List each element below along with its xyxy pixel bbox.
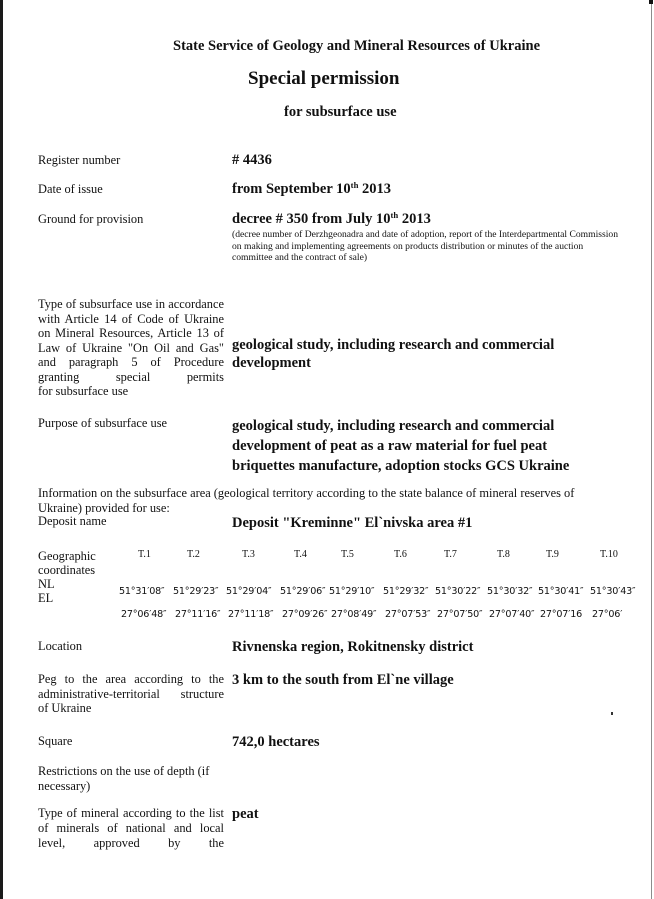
coordinate-point-header: T.2	[187, 549, 200, 560]
label-line: of Ukraine	[38, 701, 224, 716]
label-line: coordinates	[38, 563, 96, 577]
coordinate-el: 27°11′16″	[175, 609, 220, 620]
document-subtitle: for subsurface use	[284, 104, 397, 121]
value-line: development of peat as a raw material fo…	[232, 436, 569, 456]
value-line: geological study, including research and…	[232, 336, 554, 354]
purpose-value: geological study, including research and…	[232, 416, 569, 476]
coordinate-nl: 51°30′32″	[487, 586, 532, 597]
purpose-label: Purpose of subsurface use	[38, 416, 167, 431]
area-info: Information on the subsurface area (geol…	[38, 486, 618, 515]
deposit-name-label: Deposit name	[38, 514, 106, 529]
value-line: development	[232, 354, 554, 372]
coordinate-nl: 51°29′32″	[383, 586, 428, 597]
location-label: Location	[38, 639, 82, 654]
label-line: EL	[38, 591, 96, 605]
coordinate-nl: 51°29′06″	[280, 586, 325, 597]
label-line: Type of subsurface use in	[38, 297, 165, 311]
coordinate-el: 27°07′40″	[489, 609, 534, 620]
coordinate-point-header: T.1	[138, 549, 151, 560]
date-year: 2013	[358, 181, 391, 197]
coordinate-point-header: T.8	[497, 549, 510, 560]
coordinates-label: Geographic coordinates NL EL	[38, 549, 96, 605]
coordinate-el: 27°06′	[592, 609, 622, 620]
coordinate-point-header: T.3	[242, 549, 255, 560]
label-line: Type of mineral according to the	[38, 806, 205, 820]
label-line: necessary)	[38, 779, 209, 794]
label-line: NL	[38, 577, 96, 591]
coordinate-nl: 51°30′22″	[435, 586, 480, 597]
label-line: for subsurface use	[38, 384, 224, 399]
square-label: Square	[38, 734, 72, 749]
coordinate-nl: 51°31′08″	[119, 586, 164, 597]
date-of-issue-label: Date of issue	[38, 182, 103, 197]
date-text: from September 10	[232, 181, 351, 197]
type-of-use-label: Type of subsurface use in accordance wit…	[38, 297, 224, 399]
coordinate-point-header: T.10	[600, 549, 618, 560]
ground-year: 2013	[398, 211, 431, 227]
scan-border-right	[651, 0, 652, 899]
coordinate-nl: 51°29′23″	[173, 586, 218, 597]
label-line: Geographic	[38, 549, 96, 563]
coordinate-point-header: T.7	[444, 549, 457, 560]
peg-label: Peg to the area according to the adminis…	[38, 672, 224, 716]
coordinate-nl: 51°30′43″	[590, 586, 635, 597]
coordinate-el: 27°11′18″	[228, 609, 273, 620]
scan-speck	[611, 712, 613, 715]
type-of-use-value: geological study, including research and…	[232, 336, 554, 372]
register-number-value: # 4436	[232, 151, 272, 169]
coordinate-el: 27°06′48″	[121, 609, 166, 620]
coordinate-point-header: T.4	[294, 549, 307, 560]
coordinate-nl: 51°30′41″	[538, 586, 583, 597]
coordinate-el: 27°07′50″	[437, 609, 482, 620]
agency-name: State Service of Geology and Mineral Res…	[173, 38, 540, 55]
ground-label: Ground for provision	[38, 212, 143, 227]
scan-border-left	[0, 0, 3, 899]
ground-text: decree # 350 from July 10	[232, 211, 391, 227]
value-line: geological study, including research and…	[232, 416, 569, 436]
mineral-type-label: Type of mineral according to the list of…	[38, 806, 224, 851]
mineral-type-value: peat	[232, 805, 259, 823]
label-line: administrative-territorial structure	[38, 687, 224, 701]
scan-mark	[649, 0, 653, 4]
deposit-name-value: Deposit "Kreminne" El`nivska area #1	[232, 514, 472, 532]
ground-value: decree # 350 from July 10th 2013	[232, 210, 431, 228]
label-line: Peg to the area according to the	[38, 672, 224, 686]
coordinate-nl: 51°29′10″	[329, 586, 374, 597]
coordinate-point-header: T.5	[341, 549, 354, 560]
coordinate-el: 27°09′26″	[282, 609, 327, 620]
coordinate-el: 27°07′16	[540, 609, 582, 620]
coordinate-point-header: T.6	[394, 549, 407, 560]
value-line: briquettes manufacture, adoption stocks …	[232, 456, 569, 476]
coordinate-el: 27°08′49″	[331, 609, 376, 620]
restrictions-label: Restrictions on the use of depth (if nec…	[38, 764, 209, 794]
coordinate-el: 27°07′53″	[385, 609, 430, 620]
label-line: Restrictions on the use of depth (if	[38, 764, 209, 779]
coordinate-point-header: T.9	[546, 549, 559, 560]
square-value: 742,0 hectares	[232, 733, 320, 751]
peg-value: 3 km to the south from El`ne village	[232, 671, 454, 689]
document-title: Special permission	[248, 68, 399, 90]
location-value: Rivnenska region, Rokitnensky district	[232, 638, 473, 656]
coordinate-nl: 51°29′04″	[226, 586, 271, 597]
register-number-label: Register number	[38, 153, 120, 168]
date-of-issue-value: from September 10th 2013	[232, 180, 391, 198]
ground-note: (decree number of Derzhgeonadra and date…	[232, 229, 622, 264]
